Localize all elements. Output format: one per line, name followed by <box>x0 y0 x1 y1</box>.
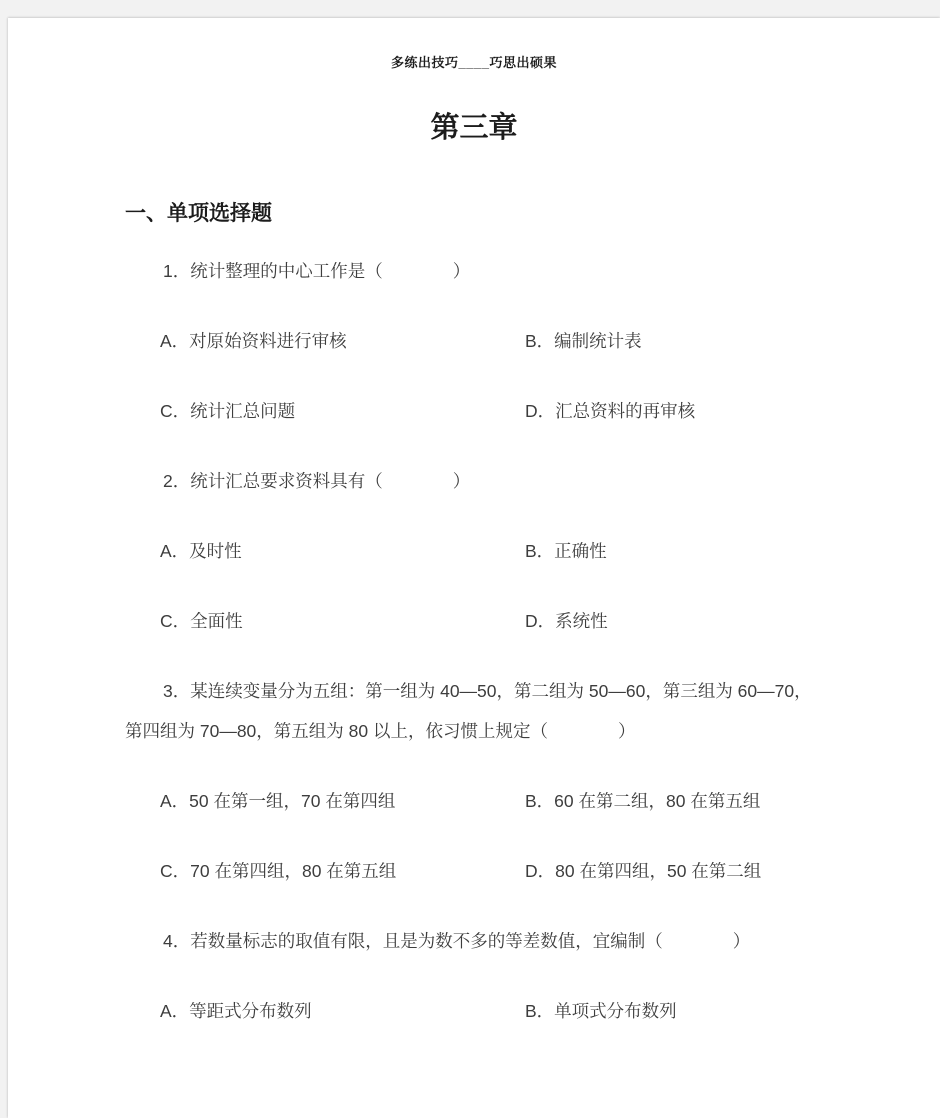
question-3: 3．某连续变量分为五组：第一组为 40—50，第二组为 50—60，第三组为 6… <box>125 671 920 891</box>
question-stem-line: 1．统计整理的中心工作是（ ） <box>125 251 920 291</box>
option-b: B．正确性 <box>525 531 607 571</box>
question-1-option-row-1: A．对原始资料进行审核 B．编制统计表 <box>160 321 920 361</box>
section-heading: 一、单项选择题 <box>125 201 940 227</box>
question-stem-line: 第四组为 70—80，第五组为 80 以上，依习惯上规定（ ） <box>125 711 920 751</box>
question-list: 1．统计整理的中心工作是（ ） A．对原始资料进行审核 B．编制统计表 C．统计… <box>125 251 920 1031</box>
option-c: C．70 在第四组，80 在第五组 <box>160 851 525 891</box>
option-a: A．对原始资料进行审核 <box>160 321 525 361</box>
question-2-option-row-1: A．及时性 B．正确性 <box>160 531 920 571</box>
option-b: B．单项式分布数列 <box>525 991 677 1031</box>
option-c: C．统计汇总问题 <box>160 391 525 431</box>
question-1-stem: 1．统计整理的中心工作是（ ） <box>125 251 920 291</box>
question-stem-line: 3．某连续变量分为五组：第一组为 40—50，第二组为 50—60，第三组为 6… <box>125 671 920 711</box>
chapter-title: 第三章 <box>8 111 940 145</box>
question-1: 1．统计整理的中心工作是（ ） A．对原始资料进行审核 B．编制统计表 C．统计… <box>125 251 920 431</box>
question-stem-line: 2．统计汇总要求资料具有（ ） <box>125 461 920 501</box>
question-4-option-row-1: A．等距式分布数列 B．单项式分布数列 <box>160 991 920 1031</box>
option-a: A．等距式分布数列 <box>160 991 525 1031</box>
option-a: A．及时性 <box>160 531 525 571</box>
question-4: 4．若数量标志的取值有限，且是为数不多的等差数值，宜编制（ ） A．等距式分布数… <box>125 921 920 1031</box>
question-2: 2．统计汇总要求资料具有（ ） A．及时性 B．正确性 C．全面性 D．系统性 <box>125 461 920 641</box>
page-header-slogan: 多练出技巧____巧思出硕果 <box>8 55 940 71</box>
question-3-option-row-1: A．50 在第一组，70 在第四组 B．60 在第二组，80 在第五组 <box>160 781 920 821</box>
document-page: 多练出技巧____巧思出硕果 第三章 一、单项选择题 1．统计整理的中心工作是（… <box>8 18 940 1118</box>
option-b: B．编制统计表 <box>525 321 642 361</box>
question-2-option-row-2: C．全面性 D．系统性 <box>160 601 920 641</box>
option-c: C．全面性 <box>160 601 525 641</box>
question-4-stem: 4．若数量标志的取值有限，且是为数不多的等差数值，宜编制（ ） <box>125 921 920 961</box>
option-d: D．系统性 <box>525 601 608 641</box>
option-d: D．80 在第四组，50 在第二组 <box>525 851 761 891</box>
question-2-stem: 2．统计汇总要求资料具有（ ） <box>125 461 920 501</box>
option-b: B．60 在第二组，80 在第五组 <box>525 781 760 821</box>
option-a: A．50 在第一组，70 在第四组 <box>160 781 525 821</box>
option-d: D．汇总资料的再审核 <box>525 391 695 431</box>
question-3-option-row-2: C．70 在第四组，80 在第五组 D．80 在第四组，50 在第二组 <box>160 851 920 891</box>
document-viewport: 多练出技巧____巧思出硕果 第三章 一、单项选择题 1．统计整理的中心工作是（… <box>0 0 940 1118</box>
question-3-stem: 3．某连续变量分为五组：第一组为 40—50，第二组为 50—60，第三组为 6… <box>125 671 920 751</box>
question-stem-line: 4．若数量标志的取值有限，且是为数不多的等差数值，宜编制（ ） <box>125 921 920 961</box>
question-1-option-row-2: C．统计汇总问题 D．汇总资料的再审核 <box>160 391 920 431</box>
